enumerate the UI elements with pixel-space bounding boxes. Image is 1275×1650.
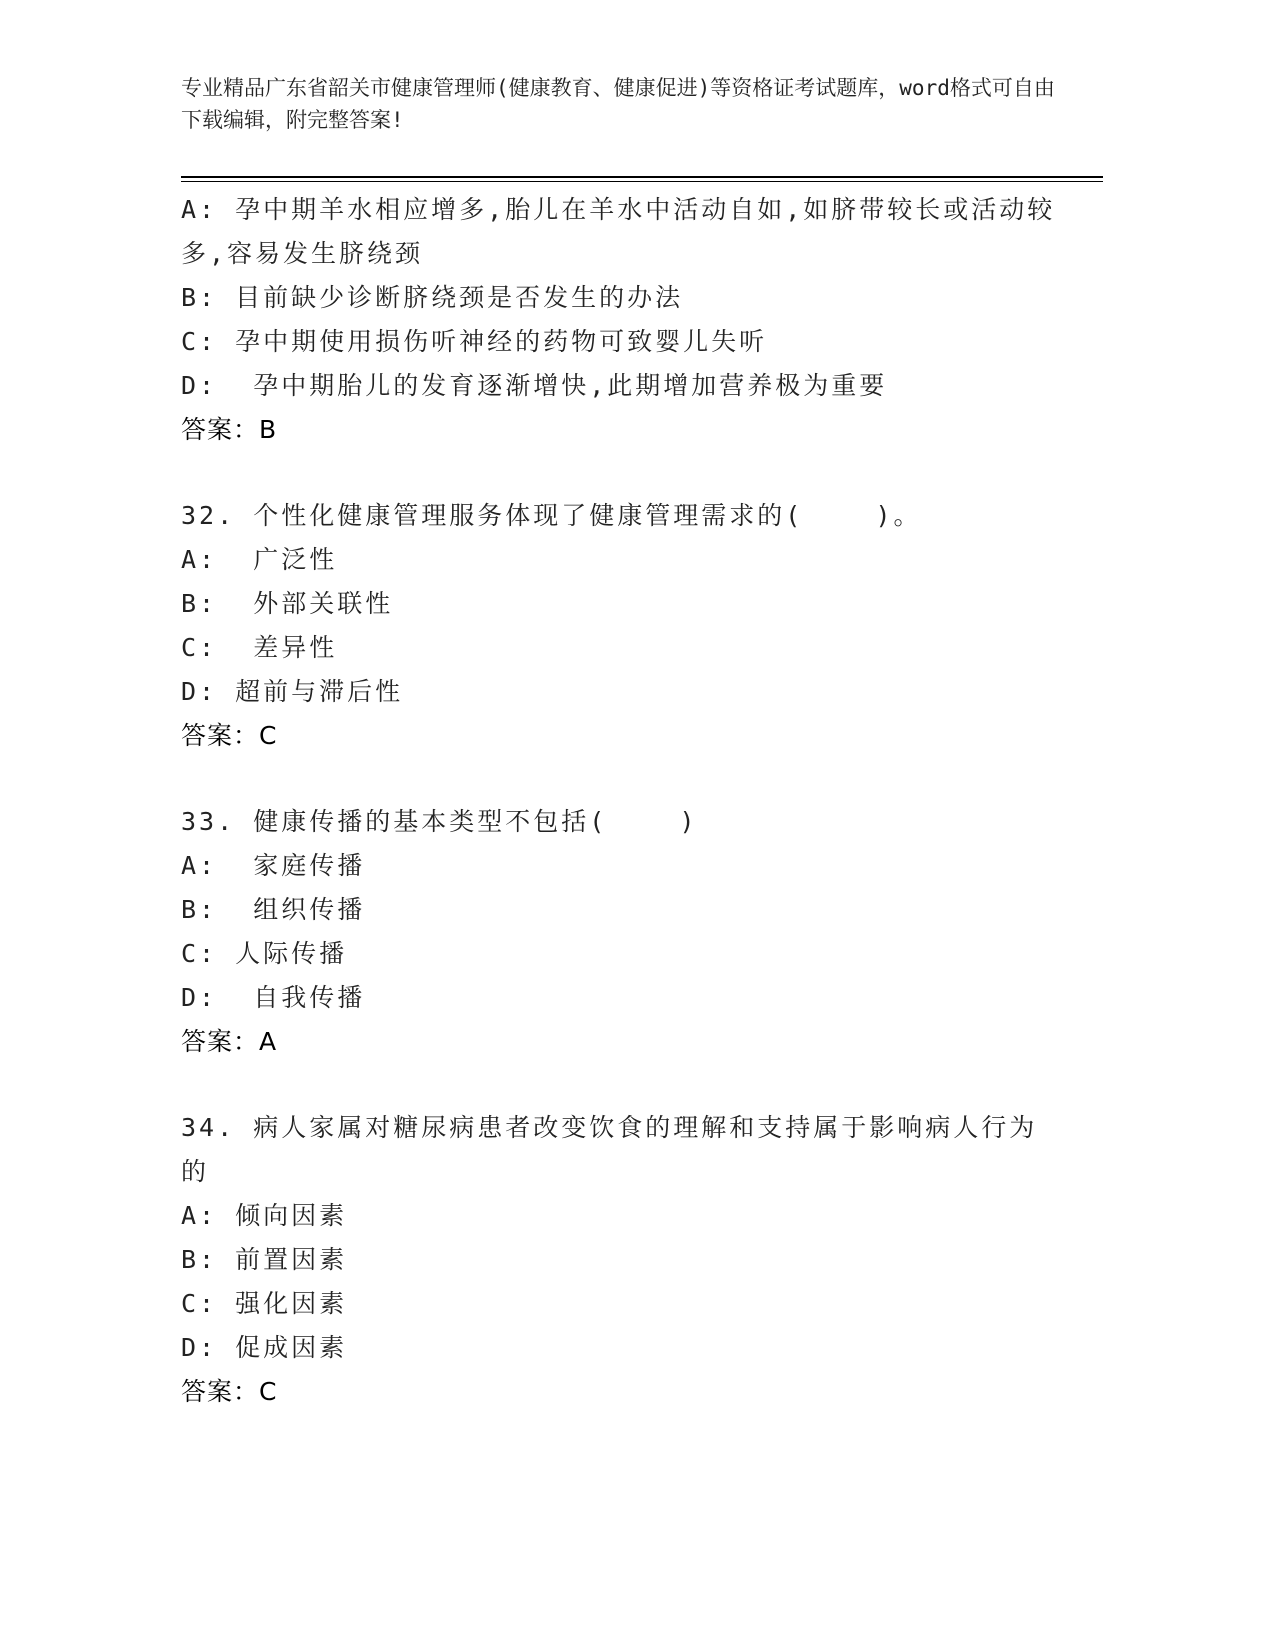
question-list: A: 孕中期羊水相应增多,胎儿在羊水中活动自如,如脐带较长或活动较多,容易发生脐… xyxy=(181,188,1061,1414)
option-label: D: xyxy=(181,677,217,706)
option-text: 组织传播 xyxy=(217,895,365,924)
option-text: 孕中期羊水相应增多,胎儿在羊水中活动自如,如脐带较长或活动较多,容易发生脐绕颈 xyxy=(181,195,1055,268)
answer: 答案：C xyxy=(181,714,1061,758)
option-text: 差异性 xyxy=(217,633,337,662)
option-text: 前置因素 xyxy=(217,1245,347,1274)
option-text: 倾向因素 xyxy=(217,1201,347,1230)
option-label: A: xyxy=(181,851,217,880)
option-label: C: xyxy=(181,1289,217,1318)
option-text: 强化因素 xyxy=(217,1289,347,1318)
option-label: D: xyxy=(181,1333,217,1362)
option-d: D: 孕中期胎儿的发育逐渐增快,此期增加营养极为重要 xyxy=(181,364,1061,408)
option-a: A: 广泛性 xyxy=(181,538,1061,582)
question-number: 34. xyxy=(181,1113,235,1142)
option-text: 广泛性 xyxy=(217,545,337,574)
answer: 答案：A xyxy=(181,1020,1061,1064)
option-label: C: xyxy=(181,327,217,356)
question-text: 健康传播的基本类型不包括( ) xyxy=(235,807,697,836)
option-a: A: 倾向因素 xyxy=(181,1194,1061,1238)
question-text: 病人家属对糖尿病患者改变饮食的理解和支持属于影响病人行为的 xyxy=(181,1113,1037,1186)
option-label: B: xyxy=(181,895,217,924)
header-divider-thin xyxy=(181,181,1103,182)
option-text: 超前与滞后性 xyxy=(217,677,403,706)
option-text: 人际传播 xyxy=(217,939,347,968)
answer: 答案：B xyxy=(181,408,1061,452)
answer: 答案：C xyxy=(181,1370,1061,1414)
option-label: D: xyxy=(181,983,217,1012)
option-c: C: 强化因素 xyxy=(181,1282,1061,1326)
option-d: D: 超前与滞后性 xyxy=(181,670,1061,714)
option-text: 自我传播 xyxy=(217,983,365,1012)
option-text: 孕中期胎儿的发育逐渐增快,此期增加营养极为重要 xyxy=(217,371,887,400)
option-text: 外部关联性 xyxy=(217,589,393,618)
option-text: 孕中期使用损伤听神经的药物可致婴儿失听 xyxy=(217,327,767,356)
document-header: 专业精品广东省韶关市健康管理师(健康教育、健康促进)等资格证考试题库，word格… xyxy=(181,72,1061,136)
question-stem: 34. 病人家属对糖尿病患者改变饮食的理解和支持属于影响病人行为的 xyxy=(181,1106,1061,1194)
question-31: A: 孕中期羊水相应增多,胎儿在羊水中活动自如,如脐带较长或活动较多,容易发生脐… xyxy=(181,188,1061,452)
option-text: 家庭传播 xyxy=(217,851,365,880)
question-number: 33. xyxy=(181,807,235,836)
question-stem: 33. 健康传播的基本类型不包括( ) xyxy=(181,800,1061,844)
option-label: C: xyxy=(181,633,217,662)
question-stem: 32. 个性化健康管理服务体现了健康管理需求的( )。 xyxy=(181,494,1061,538)
option-label: B: xyxy=(181,283,217,312)
question-text: 个性化健康管理服务体现了健康管理需求的( )。 xyxy=(235,501,921,530)
option-a: A: 家庭传播 xyxy=(181,844,1061,888)
option-label: C: xyxy=(181,939,217,968)
option-b: B: 前置因素 xyxy=(181,1238,1061,1282)
option-label: B: xyxy=(181,589,217,618)
option-c: C: 差异性 xyxy=(181,626,1061,670)
option-b: B: 组织传播 xyxy=(181,888,1061,932)
question-34: 34. 病人家属对糖尿病患者改变饮食的理解和支持属于影响病人行为的 A: 倾向因… xyxy=(181,1106,1061,1414)
option-text: 目前缺少诊断脐绕颈是否发生的办法 xyxy=(217,283,683,312)
option-b: B: 目前缺少诊断脐绕颈是否发生的办法 xyxy=(181,276,1061,320)
option-c: C: 人际传播 xyxy=(181,932,1061,976)
option-d: D: 自我传播 xyxy=(181,976,1061,1020)
question-33: 33. 健康传播的基本类型不包括( ) A: 家庭传播 B: 组织传播 C: 人… xyxy=(181,800,1061,1064)
question-number: 32. xyxy=(181,501,235,530)
option-label: B: xyxy=(181,1245,217,1274)
option-a: A: 孕中期羊水相应增多,胎儿在羊水中活动自如,如脐带较长或活动较多,容易发生脐… xyxy=(181,188,1061,276)
question-32: 32. 个性化健康管理服务体现了健康管理需求的( )。 A: 广泛性 B: 外部… xyxy=(181,494,1061,758)
option-label: A: xyxy=(181,1201,217,1230)
option-text: 促成因素 xyxy=(217,1333,347,1362)
option-label: A: xyxy=(181,195,217,224)
option-d: D: 促成因素 xyxy=(181,1326,1061,1370)
option-c: C: 孕中期使用损伤听神经的药物可致婴儿失听 xyxy=(181,320,1061,364)
option-label: A: xyxy=(181,545,217,574)
header-title: 专业精品广东省韶关市健康管理师(健康教育、健康促进)等资格证考试题库，word格… xyxy=(181,76,1055,132)
header-divider-thick xyxy=(181,176,1103,178)
option-b: B: 外部关联性 xyxy=(181,582,1061,626)
option-label: D: xyxy=(181,371,217,400)
